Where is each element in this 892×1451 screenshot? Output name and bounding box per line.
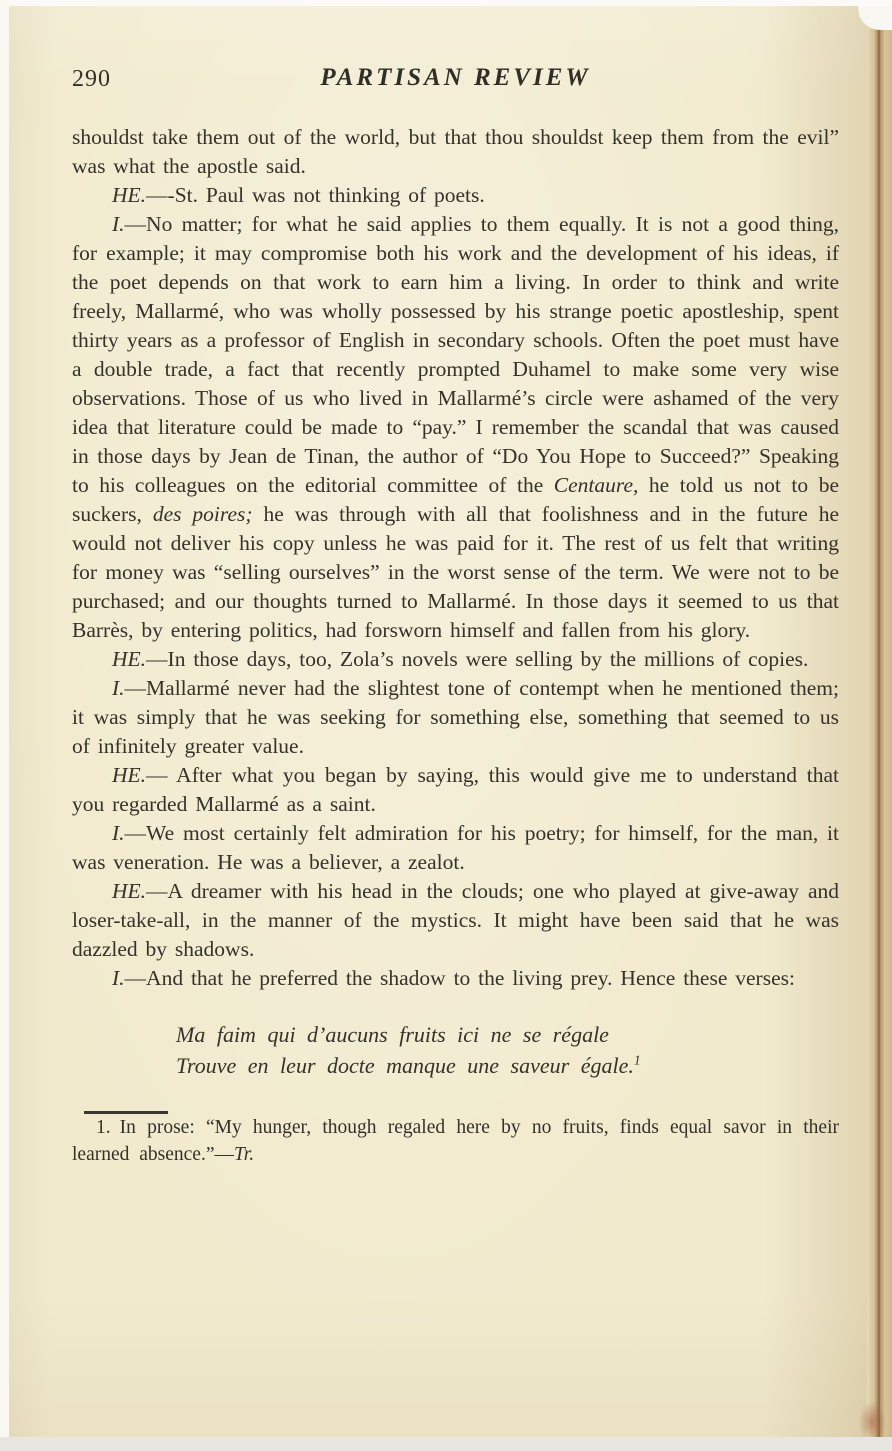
paragraph: shouldst take them out of the world, but…	[72, 123, 839, 181]
dialogue-paragraphs: shouldst take them out of the world, but…	[72, 123, 839, 993]
page-paper: 290 PARTISAN REVIEW shouldst take them o…	[9, 6, 867, 1437]
book-fore-edge	[867, 0, 892, 1451]
scan-margin-top	[0, 0, 892, 6]
paragraph: HE.—A dreamer with his head in the cloud…	[72, 877, 839, 964]
verse-block: Ma faim qui d’aucuns fruits ici ne se ré…	[176, 1019, 839, 1081]
verse-line: Ma faim qui d’aucuns fruits ici ne se ré…	[176, 1019, 839, 1050]
footnote-text: 1.In prose: “My hunger, though regaled h…	[72, 1114, 839, 1168]
verse-line: Trouve en leur docte manque une saveur é…	[176, 1050, 839, 1081]
paragraph: HE.—-St. Paul was not thinking of poets.	[72, 181, 839, 210]
article-text-column: shouldst take them out of the world, but…	[72, 123, 839, 1168]
scanned-book-page: 290 PARTISAN REVIEW shouldst take them o…	[0, 0, 892, 1451]
running-head-journal-title: PARTISAN REVIEW	[72, 64, 839, 92]
paragraph: HE.—In those days, too, Zola’s novels we…	[72, 645, 839, 674]
scan-margin-bottom	[0, 1437, 892, 1451]
paragraph: I.—We most certainly felt admiration for…	[72, 819, 839, 877]
paragraph: HE.— After what you began by saying, thi…	[72, 761, 839, 819]
paragraph: I.—No matter; for what he said applies t…	[72, 210, 839, 645]
scan-margin-left	[0, 0, 9, 1451]
stain-mark	[859, 1402, 885, 1442]
paragraph: I.—Mallarmé never had the slightest tone…	[72, 674, 839, 761]
paragraph: I.—And that he preferred the shadow to t…	[72, 964, 839, 993]
